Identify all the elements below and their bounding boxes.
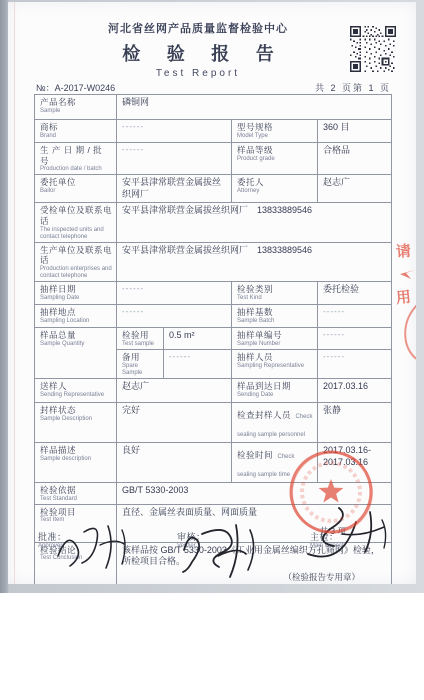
sending-representative-value: 赵志广	[117, 378, 232, 402]
product-grade-label: 样品等级Product grade	[232, 143, 318, 175]
seal-note: （检验报告专用章）	[122, 572, 388, 583]
arrow-icon	[396, 265, 416, 281]
sample-number-label: 抽样单编号Sample Number	[232, 328, 318, 350]
check-sealing-personnel-value: 张静	[318, 402, 392, 442]
brand-value: ------	[117, 120, 232, 143]
official-seal-stamp	[288, 448, 376, 536]
bailor-label: 委托单位Bailor	[35, 175, 117, 203]
bailor-value: 安平县津常联营金属拔丝织网厂	[117, 175, 232, 203]
scan-background: 河北省丝网产品质量监督检验中心 检 验 报 告 Test Report	[0, 0, 424, 593]
signature-row: 批准： Approver 审核： Verifier 主检： Main inspe…	[34, 532, 391, 566]
sending-date-label: 样品到达日期Sending Date	[232, 378, 318, 402]
edge-stamp-char: 请	[395, 243, 416, 262]
sample-description-value: 良好	[117, 442, 232, 482]
production-date-value: ------	[117, 143, 232, 175]
report-page: 河北省丝网产品质量监督检验中心 检 验 报 告 Test Report	[8, 2, 416, 584]
sampling-location-label: 抽样地点Sampling Location	[35, 305, 117, 328]
table-row: 送样人Sending Representative 赵志广 样品到达日期Send…	[35, 378, 392, 402]
test-standard-label: 检验依据Test Standard	[35, 482, 117, 504]
test-kind-value: 委托检验	[318, 282, 392, 305]
sampling-representative-value: ------	[318, 350, 392, 379]
sampling-date-label: 抽样日期Sampling Date	[35, 282, 117, 305]
check-sealing-personnel-label: 检查封样人员 Check sealing sample personnel	[232, 402, 318, 442]
sampling-date-value: ------	[117, 282, 232, 305]
test-kind-label: 检验类别Test Kind	[232, 282, 318, 305]
spare-sample-label: 备用Spare Sample	[117, 350, 164, 379]
model-type-value: 360 目	[318, 120, 392, 143]
brand-label: 商标Brand	[35, 120, 117, 143]
table-row: 受检单位及联系电话The inspected units and contact…	[35, 203, 392, 242]
sample-name-value: 磷铜网	[117, 95, 392, 120]
table-row: 生产单位及联系电话Production enterprises and cont…	[35, 242, 392, 281]
product-grade-value: 合格品	[318, 143, 392, 175]
sample-batch-value: ------	[318, 305, 392, 328]
scan-artifact-line	[14, 2, 15, 584]
table-row: 商标Brand ------ 型号规格Model Type 360 目	[35, 120, 392, 143]
scanned-test-report: 河北省丝网产品质量监督检验中心 检 验 报 告 Test Report	[0, 0, 424, 700]
sample-sealing-state-label: 封样状态Sample Description	[35, 402, 117, 442]
seal-star-icon	[319, 479, 344, 503]
verifier-label: 审核：	[177, 532, 206, 543]
sample-quantity-label: 样品总量Sample Quantity	[35, 328, 117, 379]
inspection-center-name: 河北省丝网产品质量监督检验中心	[8, 20, 388, 36]
report-no-label: №：	[36, 83, 55, 93]
table-row: 抽样地点Sampling Location ------ 抽样基数Sample …	[35, 305, 392, 328]
pagination: 共 2 页第 1 页	[315, 81, 391, 94]
inspected-unit-label: 受检单位及联系电话The inspected units and contact…	[35, 203, 117, 242]
report-no: A-2017-W0246	[55, 83, 116, 93]
sample-number-value: ------	[318, 328, 392, 350]
sample-sealing-state-value: 完好	[117, 402, 232, 442]
attorney-value: 赵志广	[318, 175, 392, 203]
table-row: 样品总量Sample Quantity 检验用Test sample 0.5 m…	[35, 328, 392, 350]
sample-name-label: 产品名称Sample	[35, 95, 117, 120]
verifier-block: 审核： Verifier	[177, 532, 206, 550]
report-number-line: №：A-2017-W0246 共 2 页第 1 页	[36, 81, 391, 94]
table-row: 抽样日期Sampling Date ------ 检验类别Test Kind 委…	[35, 282, 392, 305]
sampling-representative-label: 抽样人员Sampling Representative	[232, 350, 318, 379]
page-title: 检 验 报 告	[8, 40, 388, 66]
attorney-label: 委托人Attorney	[232, 175, 318, 203]
sample-description-label: 样品描述Sample description	[35, 442, 117, 482]
test-sample-label: 检验用Test sample	[117, 328, 164, 350]
production-unit-value: 安平县津常联营金属拔丝织网厂 13833889546	[117, 242, 392, 281]
table-row: 生 产 日 期 / 批 号Production date / batch ---…	[35, 143, 392, 175]
sending-date-value: 2017.03.16	[318, 378, 392, 402]
sending-representative-label: 送样人Sending Representative	[35, 378, 117, 402]
sample-batch-label: 抽样基数Sample Batch	[232, 305, 318, 328]
edge-stamp-arc	[400, 302, 416, 362]
model-type-label: 型号规格Model Type	[232, 120, 318, 143]
table-row: 产品名称Sample 磷铜网	[35, 95, 392, 120]
approver-block: 批准： Approver	[38, 532, 67, 550]
page-subtitle: Test Report	[8, 68, 388, 79]
production-date-label: 生 产 日 期 / 批 号Production date / batch	[35, 143, 117, 175]
inspected-unit-value: 安平县津常联营金属拔丝织网厂 13833889546	[117, 203, 392, 242]
sampling-location-value: ------	[117, 305, 232, 328]
approver-label: 批准：	[38, 532, 67, 543]
test-sample-value: 0.5 m²	[164, 328, 232, 350]
production-unit-label: 生产单位及联系电话Production enterprises and cont…	[35, 242, 117, 281]
spare-sample-value: ------	[164, 350, 232, 379]
table-row: 封样状态Sample Description 完好 检查封样人员 Check s…	[35, 402, 392, 442]
table-row: 委托单位Bailor 安平县津常联营金属拔丝织网厂 委托人Attorney 赵志…	[35, 175, 392, 203]
qr-code-icon	[350, 26, 396, 72]
